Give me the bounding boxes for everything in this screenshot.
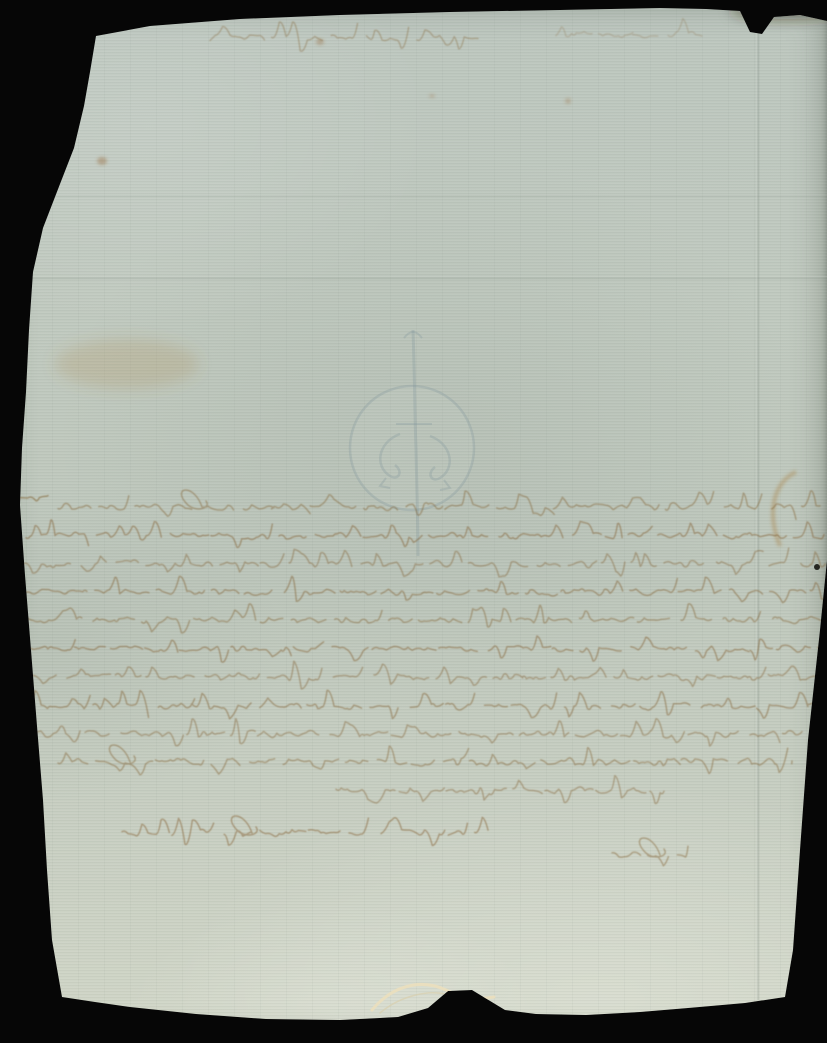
manuscript-line xyxy=(32,719,802,746)
manuscript-line xyxy=(210,22,478,51)
scan-background xyxy=(0,0,827,1043)
paper-fibers xyxy=(372,984,494,1013)
manuscript-line xyxy=(14,496,48,504)
ochre-smudge xyxy=(55,339,199,389)
watermark xyxy=(350,330,474,556)
paper-sheet xyxy=(0,0,827,1043)
bottom-fiber-curl-2 xyxy=(380,993,452,1013)
manuscript-line xyxy=(22,576,826,602)
manuscript-line xyxy=(24,548,825,577)
manuscript-line xyxy=(28,661,822,689)
edge-smudge-top-right xyxy=(731,0,827,19)
manuscript-line xyxy=(30,690,812,719)
manuscript-line xyxy=(556,19,702,38)
manuscript-line xyxy=(22,604,824,633)
speck-2 xyxy=(429,94,435,98)
manuscript-line xyxy=(122,816,488,846)
ink-dot xyxy=(97,157,107,165)
manuscript-line xyxy=(336,776,664,804)
manuscript-overlay xyxy=(0,0,827,1043)
manuscript-line xyxy=(612,838,688,866)
manuscript-line xyxy=(58,745,792,775)
manuscript-line xyxy=(26,636,826,662)
speck-3 xyxy=(565,98,571,104)
manuscript-line xyxy=(26,520,824,548)
dark-fleck xyxy=(814,564,820,570)
